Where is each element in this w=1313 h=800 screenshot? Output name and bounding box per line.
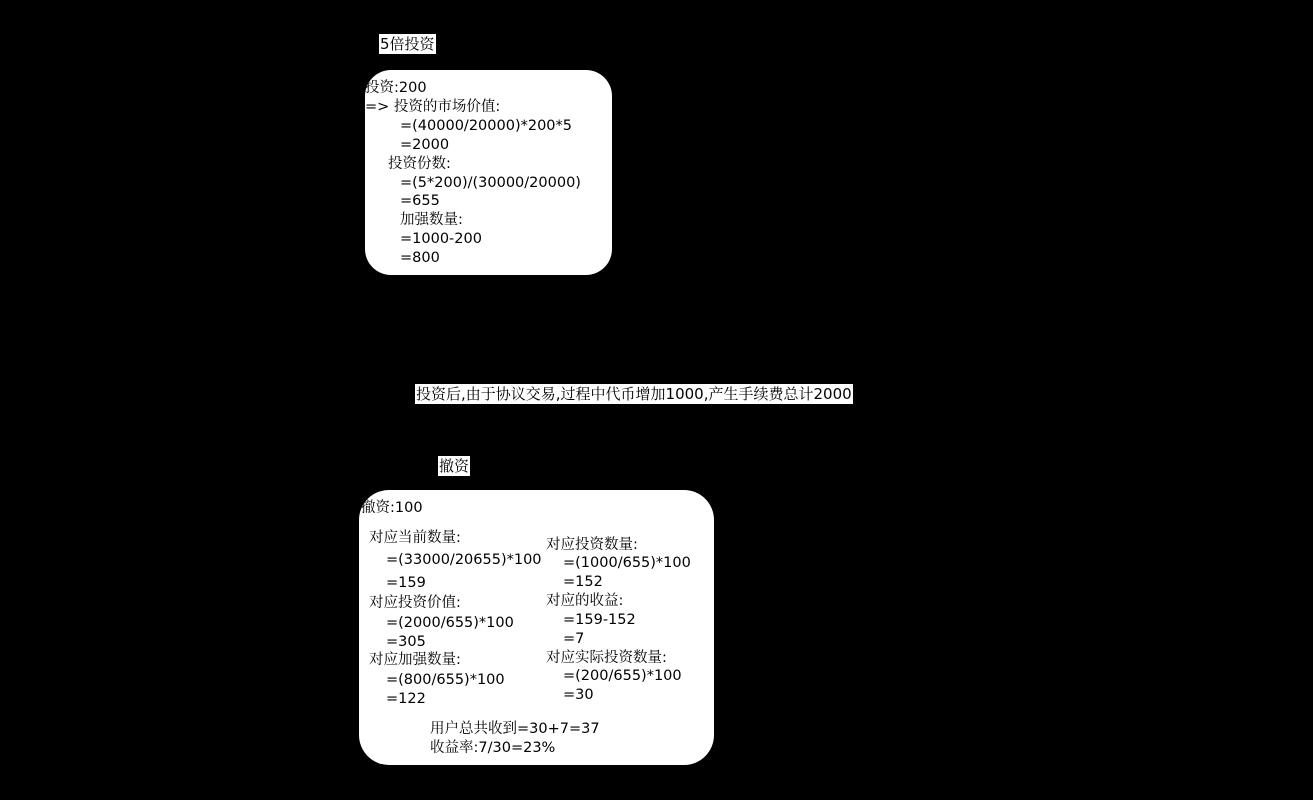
shares-heading: 投资份数: [388,155,451,174]
withdraw-amount: 撤资:100 [361,499,423,518]
invest-value-result: =305 [386,633,426,652]
invest-amount: 投资:200 [365,79,427,98]
shares-result: =655 [400,192,440,211]
post-investment-note: 投资后,由于协议交易,过程中代币增加1000,产生手续费总计2000 [415,384,853,404]
shares-formula: =(5*200)/(30000/20000) [400,174,581,193]
invest-qty-heading: 对应投资数量: [546,536,638,555]
boost-qty-heading: 对应加强数量: [369,651,461,670]
withdraw-calculation-box: 撤资:100 对应当前数量: =(33000/20655)*100 =159 对… [359,490,714,765]
invest-title-label: 5倍投资 [379,34,436,54]
market-value-formula: =(40000/20000)*200*5 [400,117,572,136]
profit-heading: 对应的收益: [546,592,623,611]
total-received-summary: 用户总共收到=30+7=37 [430,720,600,739]
boost-qty-result: =122 [386,690,426,709]
current-qty-result: =159 [386,574,426,593]
boost-heading: 加强数量: [400,211,463,230]
yield-rate-summary: 收益率:7/30=23% [430,739,555,758]
market-value-heading: => 投资的市场价值: [365,98,500,117]
actual-invest-qty-formula: =(200/655)*100 [563,667,682,686]
current-qty-heading: 对应当前数量: [369,529,461,548]
boost-result: =800 [400,249,440,268]
boost-formula: =1000-200 [400,230,482,249]
invest-qty-formula: =(1000/655)*100 [563,554,691,573]
boost-qty-formula: =(800/655)*100 [386,671,505,690]
invest-qty-result: =152 [563,573,603,592]
actual-invest-qty-result: =30 [563,686,594,705]
withdraw-title-label: 撤资 [438,456,470,476]
invest-value-formula: =(2000/655)*100 [386,614,514,633]
profit-result: =7 [563,630,584,649]
current-qty-formula: =(33000/20655)*100 [386,551,542,570]
invest-value-heading: 对应投资价值: [369,594,461,613]
market-value-result: =2000 [400,136,449,155]
profit-formula: =159-152 [563,611,636,630]
actual-invest-qty-heading: 对应实际投资数量: [546,649,667,668]
invest-calculation-box: 投资:200 => 投资的市场价值: =(40000/20000)*200*5 … [365,70,612,275]
